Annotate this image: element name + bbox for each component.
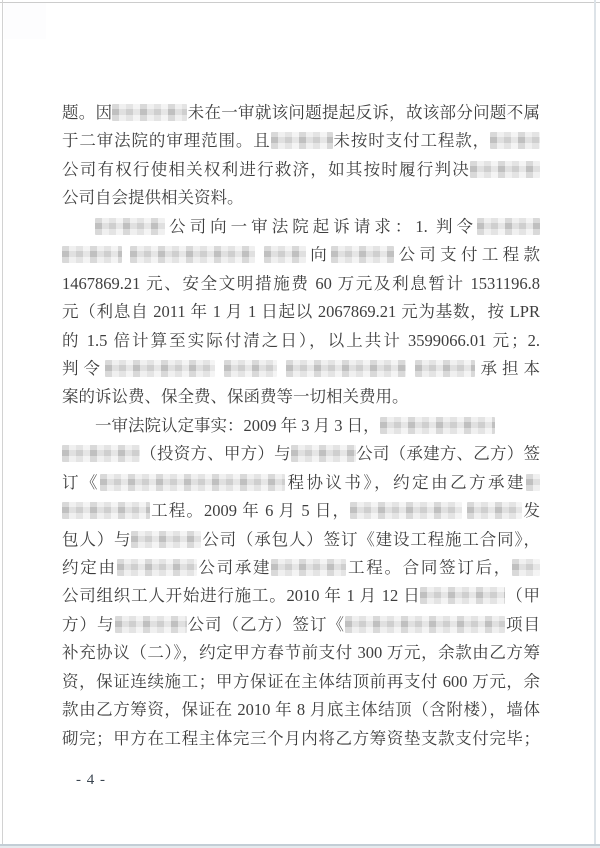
text-segment: 公司承建 (197, 558, 272, 577)
redaction-mosaic (380, 417, 495, 434)
text-line: 资，保证连续施工；甲方保证在主体结顶前再支付 600 万元，余 (62, 668, 540, 696)
redaction-mosaic (526, 474, 540, 491)
text-line: 款由乙方筹资，保证在 2010 年 8 月底主体结顶（含附楼），墙体 (62, 696, 540, 724)
text-line: 公司自会提供相关资料。 (62, 184, 540, 212)
text-segment: 向 (306, 245, 331, 264)
redaction-mosaic (62, 502, 150, 519)
text-segment: 一审法院认定事实：2009 年 3 月 3 日， (95, 416, 380, 435)
text-line: 的 1.5 倍计算至实际付清之日），以上共计 3599066.01 元；2. (62, 327, 540, 355)
text-segment: 承担本 (475, 359, 540, 378)
scan-edge-left (2, 0, 3, 848)
redaction-mosaic (470, 161, 540, 178)
text-segment (255, 245, 263, 264)
text-segment: 程协议书》，约定由乙方承建 (285, 473, 526, 492)
text-segment: 订《 (62, 473, 100, 492)
text-line: 判令 承担本 (62, 355, 540, 383)
scan-corner-artifact (4, 3, 46, 39)
text-line: 包人）与公司（承包人）签订《建设工程施工合同》， (62, 526, 540, 554)
redaction-mosaic (100, 474, 285, 491)
text-segment (122, 245, 130, 264)
redaction-mosaic (131, 531, 201, 548)
text-segment (277, 359, 286, 378)
text-segment: 公司（承包人）签订《建设工程施工合同》， (201, 530, 540, 549)
text-line: 于二审法院的审理范围。且未按时支付工程款， (62, 127, 540, 155)
redaction-mosaic (224, 360, 277, 377)
text-segment: 公司支付工程款 (394, 245, 540, 264)
text-line: 公司向一审法院起诉请求：1. 判令 (62, 213, 540, 241)
redaction-mosaic (271, 559, 346, 576)
text-line: 1467869.21 元、安全文明措施费 60 万元及利息暂计 1531196.… (62, 270, 540, 298)
text-segment: 未在一审就该问题提起反诉，故该部分问题不属 (187, 103, 540, 122)
text-segment: 约定由 (62, 558, 117, 577)
text-block: 题。因未在一审就该问题提起反诉，故该部分问题不属于二审法院的审理范围。且未按时支… (62, 99, 540, 753)
text-line: 订《程协议书》，约定由乙方承建 (62, 469, 540, 497)
text-segment: 公司有权行使相关权利进行救济，如其按时履行判决 (62, 160, 470, 179)
text-line: 一审法院认定事实：2009 年 3 月 3 日， (62, 412, 540, 440)
redaction-mosaic (112, 104, 187, 121)
text-segment: 公司自会提供相关资料。 (62, 188, 244, 207)
scan-edge-top (0, 2, 600, 3)
redaction-mosaic (331, 246, 394, 263)
document-page: 题。因未在一审就该问题提起反诉，故该部分问题不属于二审法院的审理范围。且未按时支… (0, 0, 600, 848)
redaction-mosaic (115, 616, 187, 633)
page-number: - 4 - (76, 772, 106, 789)
redaction-mosaic (415, 360, 475, 377)
text-segment: 款由乙方筹资，保证在 2010 年 8 月底主体结顶（含附楼），墙体 (62, 700, 540, 719)
text-line: 元（利息自 2011 年 1 月 1 日起以 2067869.21 元为基数，按… (62, 298, 540, 326)
text-segment: 的 1.5 倍计算至实际付清之日），以上共计 3599066.01 元；2. (62, 331, 540, 350)
redaction-mosaic (271, 132, 333, 149)
text-line: 向公司支付工程款 (62, 241, 540, 269)
redaction-mosaic (350, 502, 462, 519)
text-line: 公司组织工人开始进行施工。2010 年 1 月 12 日（甲 (62, 582, 540, 610)
text-segment: 未按时支付工程款， (333, 131, 490, 150)
redaction-mosaic (490, 132, 540, 149)
text-segment: 砌完；甲方在工程主体完三个月内将乙方筹资垫支款支付完毕； (62, 729, 540, 748)
redaction-mosaic (345, 616, 505, 633)
text-line: 方）与公司（乙方）签订《项目 (62, 611, 540, 639)
text-line: （投资方、甲方）与公司（承建方、乙方）签 (62, 440, 540, 468)
text-segment: 包人）与 (62, 530, 131, 549)
text-segment: 资，保证连续施工；甲方保证在主体结顶前再支付 600 万元，余 (62, 672, 540, 691)
text-line: 工程。2009 年 6 月 5 日， 发 (62, 497, 540, 525)
text-segment: 公司（承建方、乙方）签 (356, 444, 540, 463)
text-segment: 题。因 (62, 103, 112, 122)
text-segment: 案的诉讼费、保全费、保函费等一切相关费用。 (62, 387, 409, 406)
text-line: 补充协议（二）》，约定甲方春节前支付 300 万元，余款由乙方筹 (62, 639, 540, 667)
redaction-mosaic (117, 559, 197, 576)
text-segment (215, 359, 224, 378)
text-segment: 公司组织工人开始进行施工。2010 年 1 月 12 日 (62, 586, 420, 605)
redaction-mosaic (512, 559, 540, 576)
text-segment: 公司向一审法院起诉请求：1. 判令 (165, 217, 477, 236)
text-segment: 发 (522, 501, 540, 520)
text-segment: 补充协议（二）》，约定甲方春节前支付 300 万元，余款由乙方筹 (62, 643, 540, 662)
redaction-mosaic (62, 246, 122, 263)
text-segment: 元（利息自 2011 年 1 月 1 日起以 2067869.21 元为基数，按… (62, 302, 540, 321)
redaction-mosaic (105, 360, 215, 377)
redaction-mosaic (477, 218, 540, 235)
text-segment: 于二审法院的审理范围。且 (62, 131, 271, 150)
text-segment: 1467869.21 元、安全文明措施费 60 万元及利息暂计 1531196.… (62, 274, 540, 293)
text-line: 公司有权行使相关权利进行救济，如其按时履行判决 (62, 156, 540, 184)
redaction-mosaic (264, 246, 306, 263)
text-segment: （投资方、甲方）与 (140, 444, 291, 463)
text-segment (406, 359, 415, 378)
redaction-mosaic (95, 218, 165, 235)
text-line: 约定由公司承建工程。合同签订后， (62, 554, 540, 582)
scan-edge-right (594, 0, 596, 848)
text-segment: 项目 (505, 615, 540, 634)
redaction-mosaic (286, 360, 406, 377)
redaction-mosaic (420, 587, 505, 604)
text-segment: 工程。2009 年 6 月 5 日， (150, 501, 350, 520)
text-line: 题。因未在一审就该问题提起反诉，故该部分问题不属 (62, 99, 540, 127)
redaction-mosaic (291, 445, 356, 462)
redaction-mosaic (130, 246, 255, 263)
text-segment: 公司（乙方）签订《 (187, 615, 346, 634)
text-segment: 工程。合同签订后， (346, 558, 512, 577)
text-segment: （甲 (505, 586, 540, 605)
redaction-mosaic (467, 502, 522, 519)
text-line: 案的诉讼费、保全费、保函费等一切相关费用。 (62, 383, 540, 411)
text-segment: 判令 (62, 359, 105, 378)
redaction-mosaic (62, 445, 140, 462)
text-segment: 方）与 (62, 615, 115, 634)
text-line: 砌完；甲方在工程主体完三个月内将乙方筹资垫支款支付完毕； (62, 725, 540, 753)
